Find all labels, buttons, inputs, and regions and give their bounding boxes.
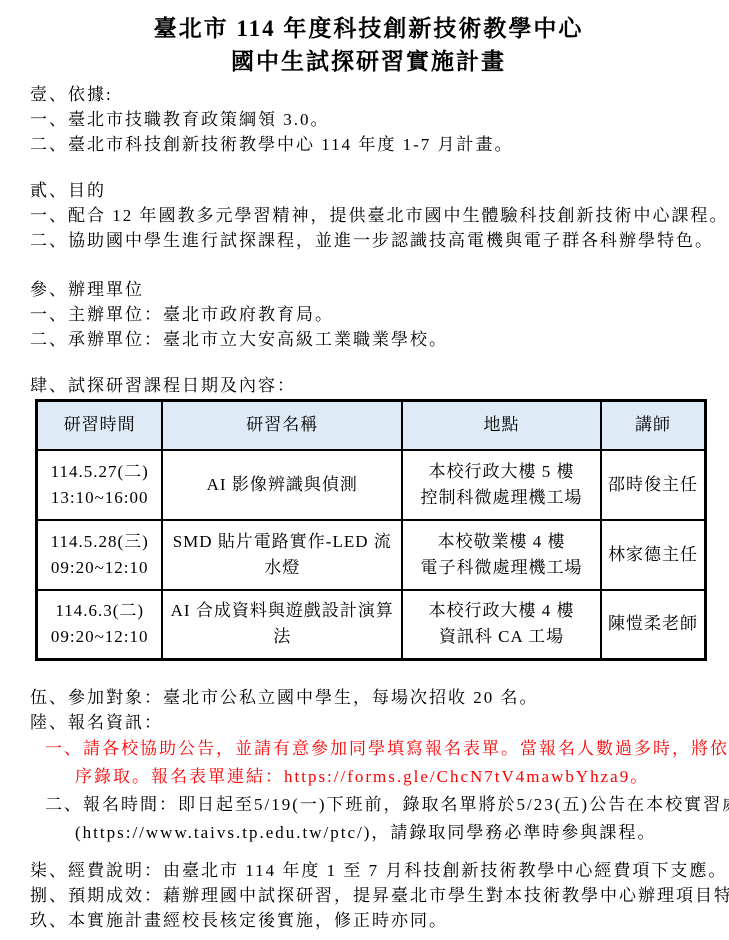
session-location-cell: 本校行政大樓 5 樓 控制科微處理機工場 xyxy=(402,450,601,520)
session-time-cell: 114.6.3(二) 09:20~12:10 xyxy=(37,590,163,660)
section-purpose-heading: 貳、目的 xyxy=(30,178,707,203)
schedule-table: 研習時間 研習名稱 地點 講師 114.5.27(二) 13:10~16:00 … xyxy=(35,399,707,661)
session-hours: 13:10~16:00 xyxy=(42,485,157,511)
session-course-cell: AI 合成資料與遊戲設計演算法 xyxy=(162,590,402,660)
session-date: 114.5.27(二) xyxy=(42,459,157,485)
basis-item-2: 二、臺北市科技創新技術教學中心 114 年度 1-7 月計畫。 xyxy=(30,132,707,157)
section-schedule-heading: 肆、試探研習課程日期及內容： xyxy=(30,373,707,398)
session-hours: 09:20~12:10 xyxy=(42,555,157,581)
session-location-cell: 本校行政大樓 4 樓 資訊科 CA 工場 xyxy=(402,590,601,660)
table-row: 114.5.28(三) 09:20~12:10 SMD 貼片電路實作-LED 流… xyxy=(37,520,706,590)
organizer-host: 一、主辦單位：臺北市政府教育局。 xyxy=(30,302,707,327)
table-header-cell: 研習名稱 xyxy=(162,401,402,450)
section-funding: 柒、經費說明：由臺北市 114 年度 1 至 7 月科技創新技術教學中心經費項下… xyxy=(30,858,707,883)
purpose-item-2: 二、協助國中學生進行試探課程，並進一步認識技高電機與電子群各科辦學特色。 xyxy=(30,228,707,253)
session-date: 114.5.28(三) xyxy=(42,529,157,555)
session-location-line2: 控制科微處理機工場 xyxy=(407,485,596,511)
section-registration-heading: 陸、報名資訊： xyxy=(30,710,707,735)
session-location-line2: 電子科微處理機工場 xyxy=(407,555,596,581)
session-course-cell: AI 影像辨識與偵測 xyxy=(162,450,402,520)
session-hours: 09:20~12:10 xyxy=(42,624,157,650)
registration-deadline-line1: 二、報名時間：即日起至5/19(一)下班前，錄取名單將於5/23(五)公告在本校… xyxy=(30,791,707,819)
purpose-item-1: 一、配合 12 年國教多元學習精神，提供臺北市國中生體驗科技創新技術中心課程。 xyxy=(30,203,707,228)
session-instructor-cell: 林家德主任 xyxy=(601,520,706,590)
registration-deadline-line2-website: (https://www.taivs.tp.edu.tw/ptc/)，請錄取同學… xyxy=(30,819,707,847)
document-title-line1: 臺北市 114 年度科技創新技術教學中心 xyxy=(30,12,707,45)
session-time-cell: 114.5.28(三) 09:20~12:10 xyxy=(37,520,163,590)
session-location-cell: 本校敬業樓 4 樓 電子科微處理機工場 xyxy=(402,520,601,590)
table-header-cell: 地點 xyxy=(402,401,601,450)
registration-notice-line2-form-link: 序錄取。報名表單連結：https://forms.gle/ChcN7tV4maw… xyxy=(30,763,707,791)
session-location-line1: 本校行政大樓 4 樓 xyxy=(407,598,596,624)
section-outcome: 捌、預期成效：藉辦理國中試探研習，提昇臺北市學生對本技術教學中心辦理項目特色。 xyxy=(30,883,707,908)
basis-item-1: 一、臺北市技職教育政策綱領 3.0。 xyxy=(30,107,707,132)
section-organizers-heading: 參、辦理單位 xyxy=(30,277,707,302)
section-participants: 伍、參加對象：臺北市公私立國中學生，每場次招收 20 名。 xyxy=(30,685,707,710)
session-instructor-cell: 陳愷柔老師 xyxy=(601,590,706,660)
session-location-line2: 資訊科 CA 工場 xyxy=(407,624,596,650)
table-header-cell: 研習時間 xyxy=(37,401,163,450)
session-time-cell: 114.5.27(二) 13:10~16:00 xyxy=(37,450,163,520)
session-instructor-cell: 邵時俊主任 xyxy=(601,450,706,520)
session-course-cell: SMD 貼片電路實作-LED 流水燈 xyxy=(162,520,402,590)
section-approval: 玖、本實施計畫經校長核定後實施，修正時亦同。 xyxy=(30,908,707,933)
table-row: 114.6.3(二) 09:20~12:10 AI 合成資料與遊戲設計演算法 本… xyxy=(37,590,706,660)
schedule-table-header-row: 研習時間 研習名稱 地點 講師 xyxy=(37,401,706,450)
table-row: 114.5.27(二) 13:10~16:00 AI 影像辨識與偵測 本校行政大… xyxy=(37,450,706,520)
document-title-line2: 國中生試探研習實施計畫 xyxy=(30,45,707,78)
section-basis-heading: 壹、依據: xyxy=(30,82,707,107)
document-page: 臺北市 114 年度科技創新技術教學中心 國中生試探研習實施計畫 壹、依據: 一… xyxy=(0,0,729,940)
session-date: 114.6.3(二) xyxy=(42,598,157,624)
session-location-line1: 本校行政大樓 5 樓 xyxy=(407,459,596,485)
table-header-cell: 講師 xyxy=(601,401,706,450)
session-location-line1: 本校敬業樓 4 樓 xyxy=(407,529,596,555)
registration-notice-line1: 一、請各校協助公告，並請有意參加同學填寫報名表單。當報名人數過多時，將依報名順 xyxy=(30,735,707,763)
organizer-undertaker: 二、承辦單位：臺北市立大安高級工業職業學校。 xyxy=(30,327,707,352)
